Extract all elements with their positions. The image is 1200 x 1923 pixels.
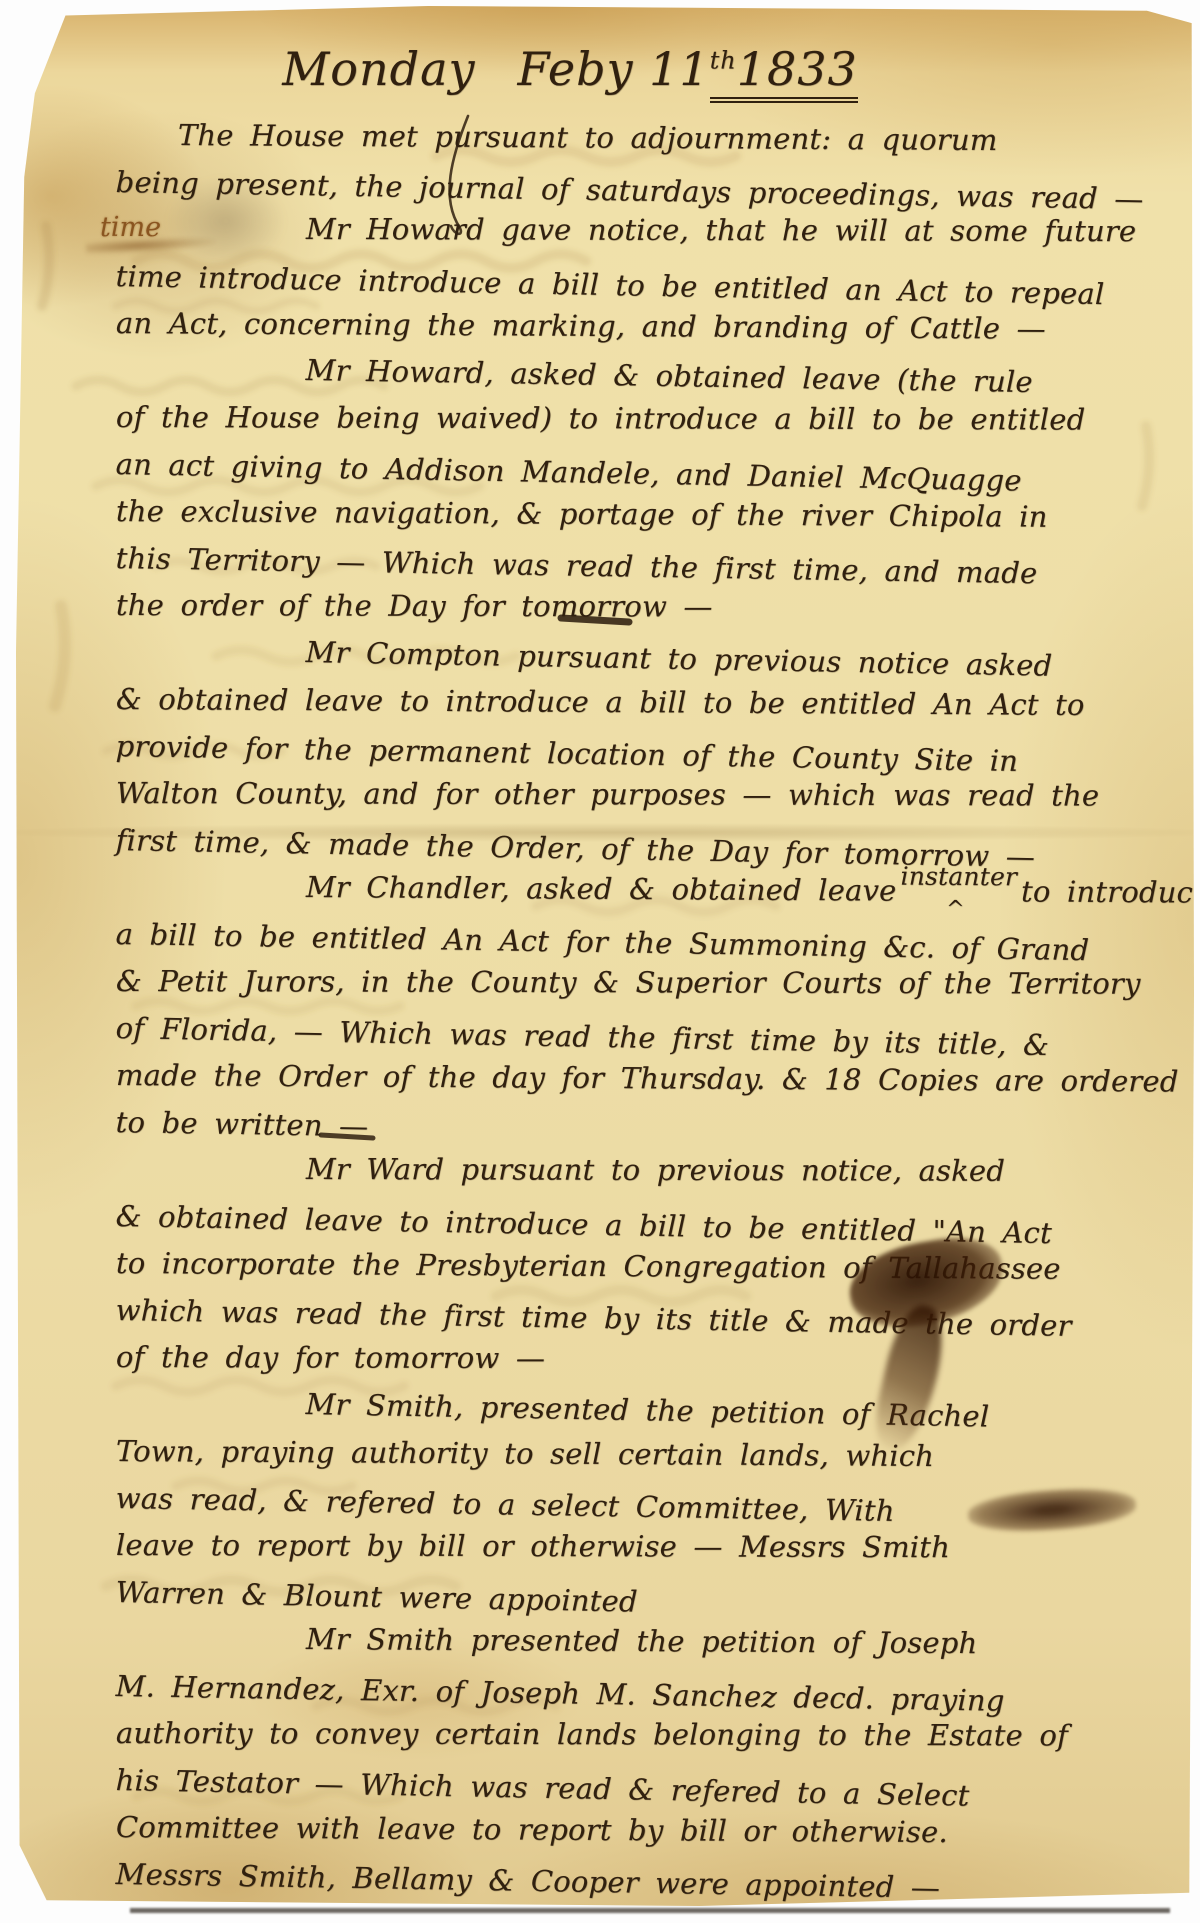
manuscript-line: provide for the permanent location of th… <box>115 729 1018 778</box>
manuscript-body: The House met pursuant to adjournment: a… <box>16 6 1194 1906</box>
caret-mark: ^ <box>946 897 965 922</box>
manuscript-line: Messrs Smith, Bellamy & Cooper were appo… <box>115 1857 940 1905</box>
manuscript-line: Mr Compton pursuant to previous notice a… <box>305 635 1052 683</box>
manuscript-line: Mr Chandler, asked & obtained leaveinsta… <box>306 870 1200 910</box>
line-segment: Mr Chandler, asked & obtained leave <box>306 870 897 908</box>
manuscript-line: & obtained leave to introduce a bill to … <box>116 682 1085 722</box>
manuscript-line: Town, praying authority to sell certain … <box>116 1434 934 1473</box>
manuscript-line: leave to report by bill or otherwise — M… <box>116 1528 950 1564</box>
page-edge-shadow <box>130 1908 1170 1913</box>
manuscript-line: of the day for tomorrow — <box>116 1340 545 1375</box>
manuscript-page: MondayFeby 11th1833 time The House met p… <box>16 6 1194 1906</box>
manuscript-line: an act giving to Addison Mandele, and Da… <box>115 447 1022 498</box>
manuscript-line: time introduce introduce a bill to be en… <box>115 259 1104 311</box>
line-segment: to introduce <box>1021 874 1200 909</box>
manuscript-line: a bill to be entitled An Act for the Sum… <box>115 917 1089 967</box>
manuscript-line: & obtained leave to introduce a bill to … <box>115 1199 1052 1250</box>
manuscript-line: made the Order of the day for Thursday. … <box>116 1058 1179 1098</box>
manuscript-line: first time, & made the Order, of the Day… <box>115 823 1035 874</box>
manuscript-line: being present, the journal of saturdays … <box>115 165 1143 216</box>
manuscript-line: an Act, concerning the marking, and bran… <box>116 306 1046 346</box>
manuscript-line: of the House being waived) to introduce … <box>116 400 1086 437</box>
manuscript-line: his Testator — Which was read & refered … <box>115 1763 969 1813</box>
manuscript-line: Mr Howard, asked & obtained leave (the r… <box>305 353 1033 399</box>
manuscript-line: Mr Ward pursuant to previous notice, ask… <box>306 1152 1005 1188</box>
manuscript-line: Mr Smith presented the petition of Josep… <box>306 1622 978 1660</box>
manuscript-line: Warren & Blount were appointed <box>115 1575 638 1619</box>
manuscript-line: The House met pursuant to adjournment: a… <box>178 118 998 157</box>
manuscript-line: to be written — <box>115 1105 368 1143</box>
manuscript-line: this Territory — Which was read the firs… <box>115 541 1037 590</box>
manuscript-line: was read, & refered to a select Committe… <box>115 1481 894 1528</box>
manuscript-line: authority to convey certain lands belong… <box>116 1716 1068 1752</box>
scan-background: MondayFeby 11th1833 time The House met p… <box>0 0 1200 1923</box>
manuscript-line: of Florida, — Which was read the first t… <box>115 1011 1049 1062</box>
inserted-word: instanter^ <box>896 874 1021 909</box>
manuscript-line: Committee with leave to report by bill o… <box>116 1810 948 1849</box>
manuscript-line: Mr Howard gave notice, that he will at s… <box>306 212 1136 248</box>
manuscript-line: Walton County, and for other purposes — … <box>116 776 1099 813</box>
manuscript-line: & Petit Jurors, in the County & Superior… <box>116 964 1141 1001</box>
manuscript-line: M. Hernandez, Exr. of Joseph M. Sanchez … <box>115 1669 1004 1718</box>
manuscript-line: the exclusive navigation, & portage of t… <box>116 494 1048 534</box>
manuscript-line: the order of the Day for tomorrow — <box>116 588 713 624</box>
